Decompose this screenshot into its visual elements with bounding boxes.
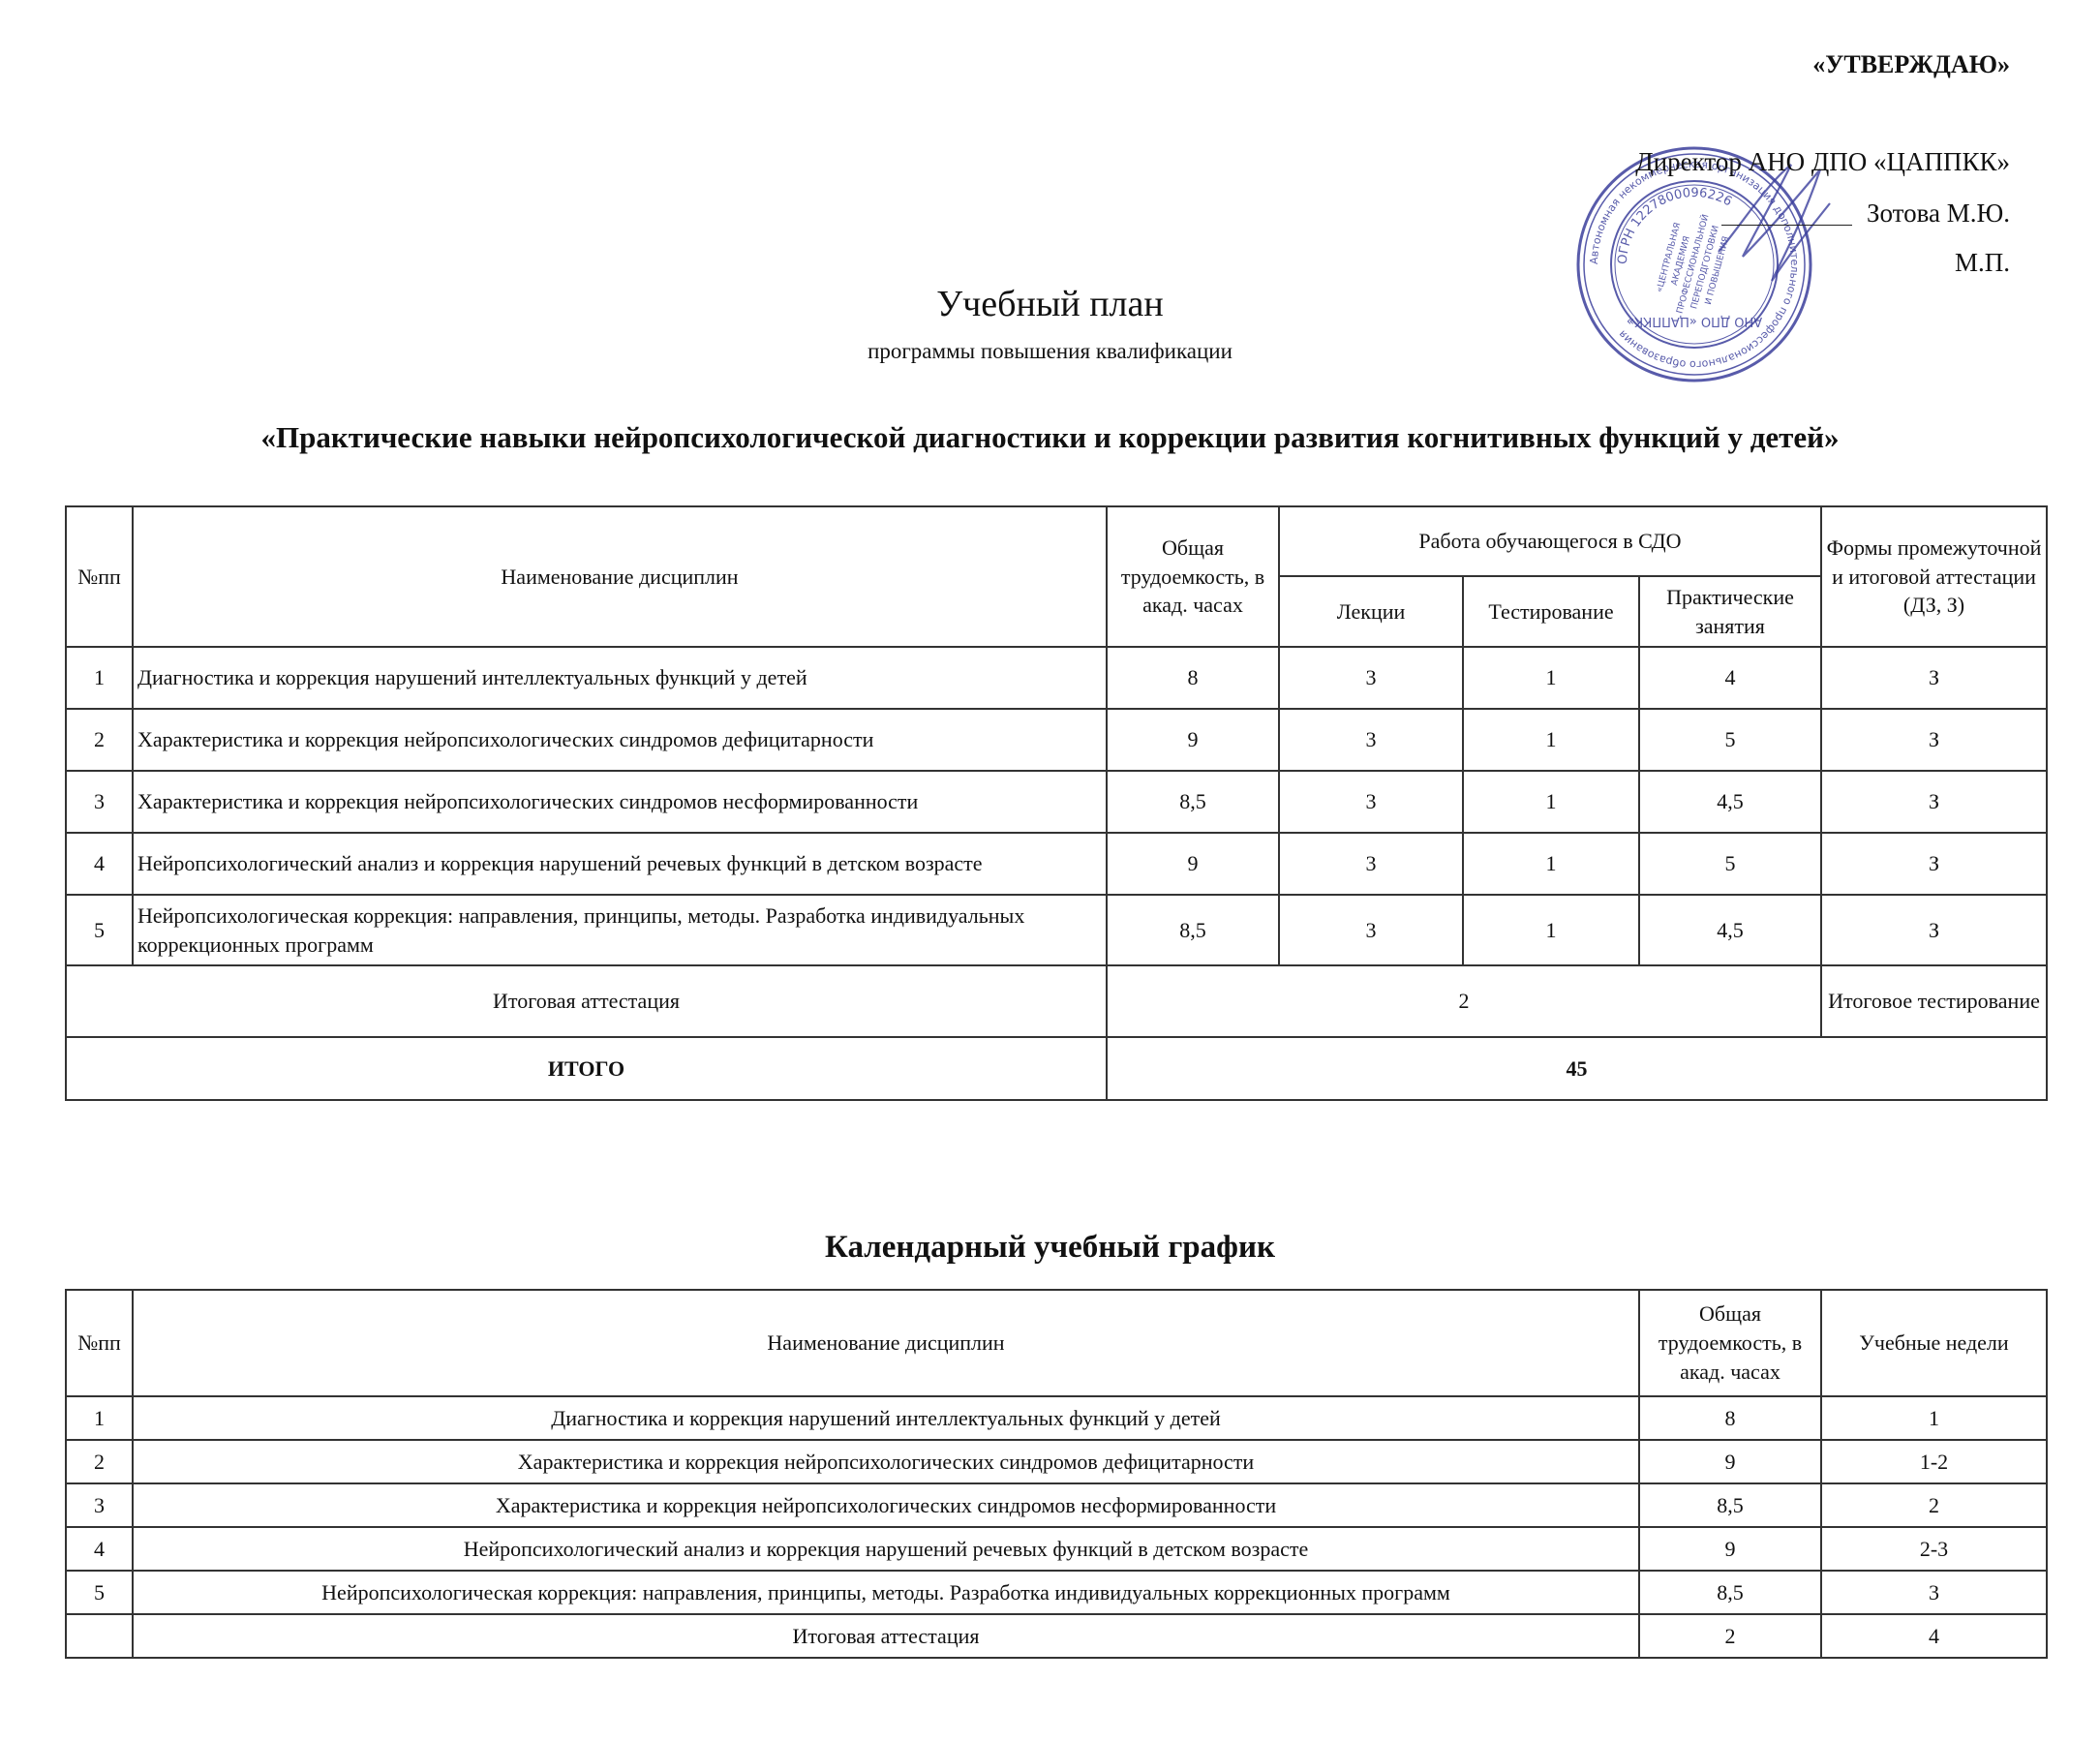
assessment-form: З (1821, 647, 2047, 709)
final-assessment-hours: 2 (1107, 965, 1821, 1037)
assessment-form: З (1821, 709, 2047, 771)
testing-hours: 1 (1463, 771, 1639, 833)
row-num: 1 (66, 647, 133, 709)
total-hours: 8 (1639, 1396, 1821, 1440)
total-row: ИТОГО 45 (66, 1037, 2047, 1100)
assessment-form: З (1821, 771, 2047, 833)
row-num: 5 (66, 1571, 133, 1614)
discipline-name: Нейропсихологическая коррекция: направле… (133, 895, 1107, 965)
row-num: 1 (66, 1396, 133, 1440)
table-row: 2 Характеристика и коррекция нейропсихол… (66, 1440, 2047, 1483)
study-weeks: 2 (1821, 1483, 2047, 1527)
seal-mark: М.П. (1955, 248, 2010, 278)
discipline-name: Нейропсихологический анализ и коррекция … (133, 833, 1107, 895)
signature-line (1721, 225, 1852, 226)
row-num: 2 (66, 709, 133, 771)
table-row: 4 Нейропсихологический анализ и коррекци… (66, 1527, 2047, 1571)
discipline-name: Характеристика и коррекция нейропсихолог… (133, 709, 1107, 771)
cal-col-name-header: Наименование дисциплин (133, 1290, 1639, 1396)
calendar-title: Календарный учебный график (0, 1230, 2100, 1266)
practice-hours: 5 (1639, 833, 1821, 895)
cal-col-total-header: Общая трудоемкость, в акад. часах (1639, 1290, 1821, 1396)
document-title: Учебный план (0, 283, 2100, 325)
lecture-hours: 3 (1279, 647, 1463, 709)
assessment-form: З (1821, 895, 2047, 965)
final-assessment-form: Итоговое тестирование (1821, 965, 2047, 1037)
discipline-name: Нейропсихологический анализ и коррекция … (133, 1527, 1639, 1571)
total-hours: 9 (1107, 833, 1279, 895)
discipline-name: Нейропсихологическая коррекция: направле… (133, 1571, 1639, 1614)
col-forms-header: Формы промежуточной и итоговой аттестаци… (1821, 506, 2047, 647)
col-name-header: Наименование дисциплин (133, 506, 1107, 647)
discipline-name: Характеристика и коррекция нейропсихолог… (133, 1483, 1639, 1527)
table-row: 5 Нейропсихологическая коррекция: направ… (66, 895, 2047, 965)
discipline-name: Диагностика и коррекция нарушений интелл… (133, 647, 1107, 709)
discipline-name: Характеристика и коррекция нейропсихолог… (133, 771, 1107, 833)
practice-hours: 4,5 (1639, 771, 1821, 833)
total-hours: 8,5 (1639, 1571, 1821, 1614)
table-row: 4 Нейропсихологический анализ и коррекци… (66, 833, 2047, 895)
total-hours: 8,5 (1639, 1483, 1821, 1527)
document-subtitle: программы повышения квалификации (0, 339, 2100, 364)
col-lectures-header: Лекции (1279, 576, 1463, 647)
lecture-hours: 3 (1279, 771, 1463, 833)
total-hours: 2 (1639, 1614, 1821, 1658)
testing-hours: 1 (1463, 895, 1639, 965)
lecture-hours: 3 (1279, 709, 1463, 771)
testing-hours: 1 (1463, 709, 1639, 771)
row-num: 2 (66, 1440, 133, 1483)
approval-position: Директор АНО ДПО «ЦАППКК» (1635, 147, 2010, 177)
discipline-name: Диагностика и коррекция нарушений интелл… (133, 1396, 1639, 1440)
col-testing-header: Тестирование (1463, 576, 1639, 647)
row-num: 4 (66, 1527, 133, 1571)
table-row: 3 Характеристика и коррекция нейропсихол… (66, 771, 2047, 833)
total-label: ИТОГО (66, 1037, 1107, 1100)
approval-name: Зотова М.Ю. (1867, 199, 2010, 229)
row-num: 4 (66, 833, 133, 895)
discipline-name: Характеристика и коррекция нейропсихолог… (133, 1440, 1639, 1483)
study-weeks: 2-3 (1821, 1527, 2047, 1571)
total-hours: 9 (1107, 709, 1279, 771)
study-weeks: 4 (1821, 1614, 2047, 1658)
table-row: Итоговая аттестация 2 4 (66, 1614, 2047, 1658)
row-num (66, 1614, 133, 1658)
final-assessment-label: Итоговая аттестация (66, 965, 1107, 1037)
approval-heading: «УТВЕРЖДАЮ» (1812, 50, 2010, 79)
discipline-name: Итоговая аттестация (133, 1614, 1639, 1658)
row-num: 5 (66, 895, 133, 965)
lecture-hours: 3 (1279, 895, 1463, 965)
study-weeks: 1-2 (1821, 1440, 2047, 1483)
total-hours: 9 (1639, 1527, 1821, 1571)
col-sdo-group-header: Работа обучающегося в СДО (1279, 506, 1821, 576)
col-practice-header: Практические занятия (1639, 576, 1821, 647)
curriculum-table: №пп Наименование дисциплин Общая трудоем… (65, 505, 2048, 1101)
final-assessment-row: Итоговая аттестация 2 Итоговое тестирова… (66, 965, 2047, 1037)
total-hours: 8,5 (1107, 895, 1279, 965)
table-row: 2 Характеристика и коррекция нейропсихол… (66, 709, 2047, 771)
total-hours: 9 (1639, 1440, 1821, 1483)
col-num-header: №пп (66, 506, 133, 647)
table-row: 3 Характеристика и коррекция нейропсихол… (66, 1483, 2047, 1527)
study-weeks: 3 (1821, 1571, 2047, 1614)
table-row: 1 Диагностика и коррекция нарушений инте… (66, 647, 2047, 709)
assessment-form: З (1821, 833, 2047, 895)
total-hours: 8,5 (1107, 771, 1279, 833)
row-num: 3 (66, 771, 133, 833)
total-hours: 8 (1107, 647, 1279, 709)
testing-hours: 1 (1463, 833, 1639, 895)
cal-col-weeks-header: Учебные недели (1821, 1290, 2047, 1396)
table-row: 1 Диагностика и коррекция нарушений инте… (66, 1396, 2047, 1440)
calendar-table: №пп Наименование дисциплин Общая трудоем… (65, 1289, 2048, 1659)
practice-hours: 5 (1639, 709, 1821, 771)
row-num: 3 (66, 1483, 133, 1527)
program-name: «Практические навыки нейропсихологическо… (0, 420, 2100, 455)
practice-hours: 4 (1639, 647, 1821, 709)
col-total-header: Общая трудоемкость, в акад. часах (1107, 506, 1279, 647)
study-weeks: 1 (1821, 1396, 2047, 1440)
table-row: 5 Нейропсихологическая коррекция: направ… (66, 1571, 2047, 1614)
cal-col-num-header: №пп (66, 1290, 133, 1396)
lecture-hours: 3 (1279, 833, 1463, 895)
total-hours-sum: 45 (1107, 1037, 2047, 1100)
practice-hours: 4,5 (1639, 895, 1821, 965)
testing-hours: 1 (1463, 647, 1639, 709)
